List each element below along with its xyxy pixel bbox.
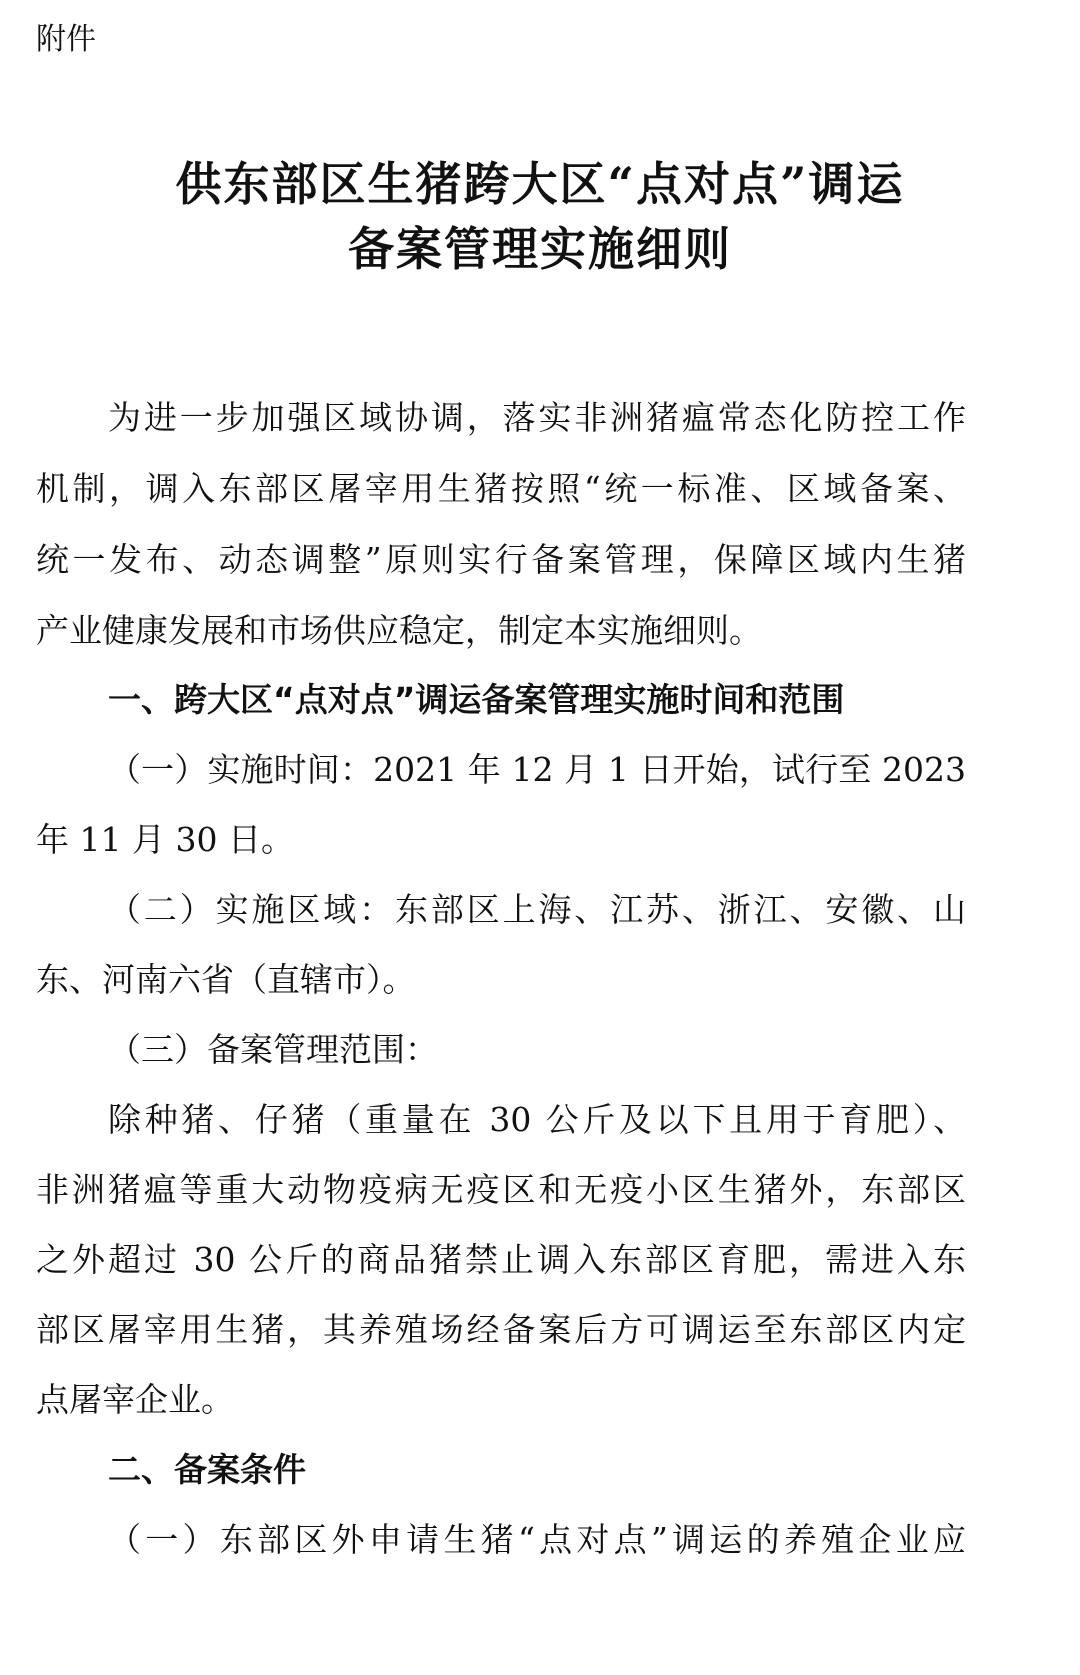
paragraph-line: 统一发布、动态调整”原则实行备案管理，保障区域内生猪 xyxy=(36,534,966,581)
paragraph-line: 年 11 月 30 日。 xyxy=(36,814,966,861)
title-line-2: 备案管理实施细则 xyxy=(0,213,1080,279)
title-line-1: 供东部区生猪跨大区“点对点”调运 xyxy=(0,148,1080,214)
paragraph-line: 部区屠宰用生猪，其养殖场经备案后方可调运至东部区内定 xyxy=(36,1304,966,1351)
paragraph-line: 非洲猪瘟等重大动物疫病无疫区和无疫小区生猪外，东部区 xyxy=(36,1164,966,1211)
attachment-label: 附件 xyxy=(36,14,96,58)
paragraph-line: 东、河南六省（直辖市）。 xyxy=(36,954,966,1001)
paragraph-line: （一）东部区外申请生猪“点对点”调运的养殖企业应 xyxy=(108,1514,966,1561)
section-2-heading: 二、备案条件 xyxy=(108,1444,306,1491)
item-label: （三）备案管理范围： xyxy=(108,1024,966,1071)
paragraph-line: 除种猪、仔猪（重量在 30 公斤及以下且用于育肥）、 xyxy=(108,1094,966,1141)
paragraph-line: 之外超过 30 公斤的商品猪禁止调入东部区育肥，需进入东 xyxy=(36,1234,966,1281)
paragraph-line: 产业健康发展和市场供应稳定，制定本实施细则。 xyxy=(36,605,966,652)
paragraph-line: 为进一步加强区域协调，落实非洲猪瘟常态化防控工作 xyxy=(108,392,966,439)
paragraph-line: 点屠宰企业。 xyxy=(36,1374,966,1421)
section-1-heading: 一、跨大区“点对点”调运备案管理实施时间和范围 xyxy=(108,674,844,721)
paragraph-line: （二）实施区域：东部区上海、江苏、浙江、安徽、山 xyxy=(108,884,966,931)
paragraph-line: （一）实施时间：2021 年 12 月 1 日开始，试行至 2023 xyxy=(108,744,966,791)
paragraph-line: 机制，调入东部区屠宰用生猪按照“统一标准、区域备案、 xyxy=(36,463,966,510)
